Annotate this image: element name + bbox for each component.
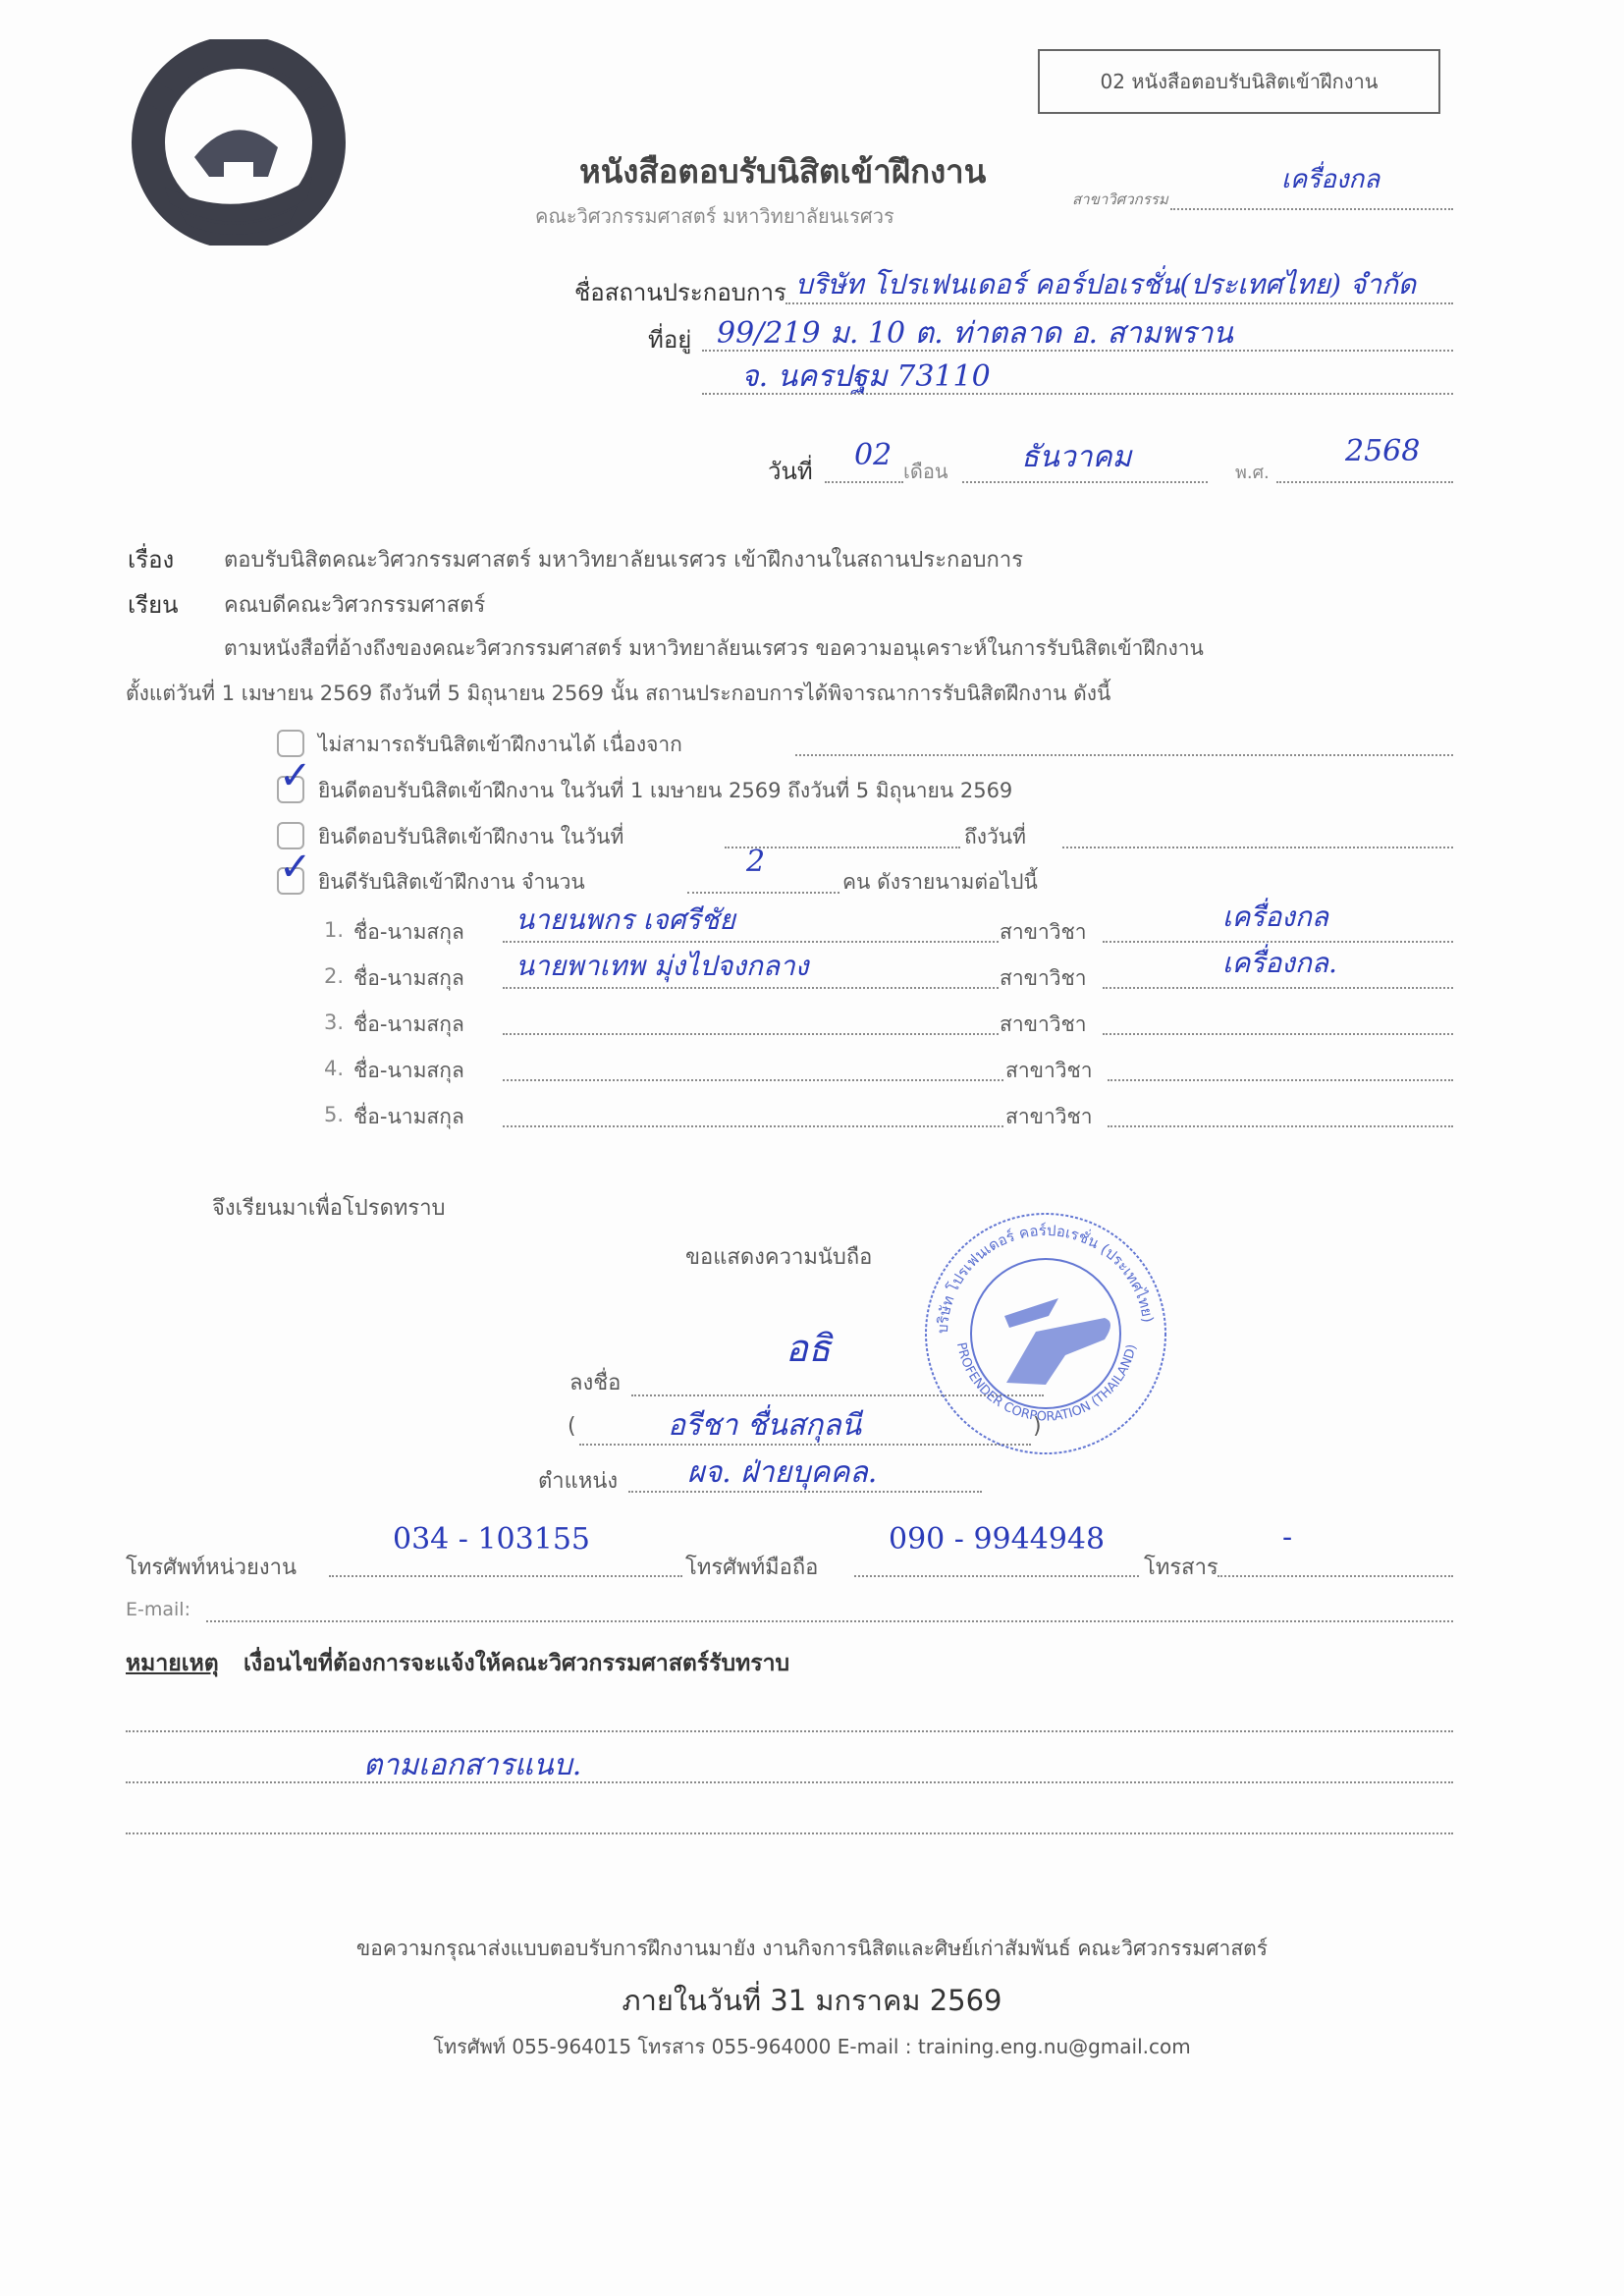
student-major-field[interactable]: เครื่องกล.	[1222, 942, 1337, 985]
address-field-2[interactable]: จ. นครปฐม 73110	[741, 354, 991, 400]
date-year-line	[1276, 481, 1453, 483]
position-field[interactable]: ผจ. ฝ่ายบุคคล.	[687, 1449, 877, 1496]
option-accept-custom-label: ยินดีตอบรับนิสิตเข้าฝึกงาน ในวันที่	[318, 821, 623, 853]
student-major-line	[1103, 987, 1453, 989]
position-label: ตำแหน่ง	[538, 1463, 618, 1498]
company-name-field[interactable]: บริษัท โปรเฟนเดอร์ คอร์ปอเรชั่น(ประเทศไท…	[795, 263, 1416, 306]
count-suffix: คน ดังรายนามต่อไปนี้	[842, 866, 1038, 899]
remarks-line-1	[126, 1730, 1453, 1732]
branch-field-line	[1170, 208, 1453, 210]
student-name-line[interactable]	[503, 1125, 1003, 1127]
date-month-label: เดือน	[903, 456, 948, 487]
to-text: คณบดีคณะวิศวกรรมศาสตร์	[224, 587, 485, 622]
student-num: 3.	[324, 1011, 344, 1034]
office-phone-line	[329, 1575, 682, 1577]
student-num: 4.	[324, 1057, 344, 1080]
option-accept-default-label: ยินดีตอบรับนิสิตเข้าฝึกงาน ในวันที่ 1 เม…	[318, 775, 1012, 807]
footer-deadline: ภายในวันที่ 31 มกราคม 2569	[0, 1978, 1624, 2023]
student-name-field[interactable]: นายนพกร เจศรีชัย	[515, 899, 735, 942]
student-major-line[interactable]	[1108, 1125, 1453, 1127]
fax-line	[1218, 1575, 1453, 1577]
faculty-logo-icon	[126, 39, 352, 246]
date-month-line	[962, 481, 1208, 483]
date-month-field[interactable]: ธันวาคม	[1021, 434, 1131, 480]
student-name-label: ชื่อ-นามสกุล	[353, 1101, 464, 1133]
student-major-field[interactable]: เครื่องกล	[1222, 896, 1328, 939]
closing-regards: ขอแสดงความนับถือ	[685, 1239, 872, 1274]
mobile-field[interactable]: 090 - 9944948	[889, 1522, 1105, 1557]
student-major-label: สาขาวิชา	[1000, 962, 1087, 995]
student-name-label: ชื่อ-นามสกุล	[353, 1009, 464, 1041]
open-paren: (	[568, 1414, 576, 1439]
student-major-line[interactable]	[1103, 1033, 1453, 1035]
document-code-box: 02 หนังสือตอบรับนิสิตเข้าฝึกงาน	[1038, 49, 1440, 114]
body-line-1: ตามหนังสือที่อ้างถึงของคณะวิศวกรรมศาสตร์…	[224, 632, 1204, 665]
student-num: 1.	[324, 918, 344, 942]
company-stamp-icon: บริษัท โปรเฟนเดอร์ คอร์ปอเรชั่น (ประเทศไ…	[918, 1206, 1173, 1461]
remarks-prompt: เงื่อนไขที่ต้องการจะแจ้งให้คณะวิศวกรรมศา…	[244, 1646, 789, 1681]
date-day-line	[825, 481, 903, 483]
address-label: ที่อยู่	[648, 320, 691, 358]
signature: อธิ	[785, 1318, 831, 1378]
email-label: E-mail:	[126, 1599, 190, 1620]
signer-name-field[interactable]: อรีชา ชื่นสกุลนี	[668, 1402, 861, 1449]
page-title: หนังสือตอบรับนิสิตเข้าฝึกงาน	[579, 145, 986, 197]
faculty-subtitle: คณะวิศวกรรมศาสตร์ มหาวิทยาลัยนเรศวร	[535, 200, 894, 232]
date-day-field[interactable]: 02	[854, 438, 892, 472]
document-code: 02 หนังสือตอบรับนิสิตเข้าฝึกงาน	[1101, 66, 1379, 97]
branch-field[interactable]: เครื่องกล	[1281, 159, 1380, 199]
office-phone-field[interactable]: 034 - 103155	[393, 1522, 590, 1557]
mobile-line	[854, 1575, 1139, 1577]
date-day-label: วันที่	[768, 452, 813, 490]
student-major-line[interactable]	[1108, 1079, 1453, 1081]
remarks-label: หมายเหตุ	[126, 1646, 219, 1681]
email-line[interactable]	[206, 1620, 1453, 1622]
checkmark-icon: ✓	[279, 847, 312, 887]
subject-label: เรื่อง	[128, 540, 174, 578]
fax-label: โทรสาร	[1144, 1550, 1218, 1584]
branch-label: สาขาวิศวกรรม	[1072, 188, 1168, 211]
closing-inform: จึงเรียนมาเพื่อโปรดทราบ	[212, 1190, 446, 1225]
count-line	[687, 892, 839, 894]
checkmark-icon: ✓	[279, 756, 312, 795]
student-num: 2.	[324, 964, 344, 988]
office-phone-label: โทรศัพท์หน่วยงาน	[126, 1550, 297, 1584]
subject-text: ตอบรับนิสิตคณะวิศวกรรมศาสตร์ มหาวิทยาลัย…	[224, 542, 1023, 576]
remarks-line-2	[126, 1781, 1453, 1783]
footer-contact: โทรศัพท์ 055-964015 โทรสาร 055-964000 E-…	[0, 2031, 1624, 2062]
count-field[interactable]: 2	[746, 845, 765, 879]
fax-field[interactable]: -	[1282, 1520, 1292, 1555]
option-accept-count-label: ยินดีรับนิสิตเข้าฝึกงาน จำนวน	[318, 866, 585, 899]
student-name-field[interactable]: นายพาเทพ มุ่งไปจงกลาง	[515, 945, 808, 988]
student-name-label: ชื่อ-นามสกุล	[353, 916, 464, 949]
sign-label: ลงชื่อ	[569, 1365, 621, 1399]
date-year-label: พ.ศ.	[1235, 458, 1270, 486]
date-year-field[interactable]: 2568	[1345, 434, 1420, 468]
student-major-label: สาขาวิชา	[1005, 1055, 1093, 1087]
decline-reason-line	[795, 754, 1453, 756]
body-line-2: ตั้งแต่วันที่ 1 เมษายน 2569 ถึงวันที่ 5 …	[126, 678, 1110, 710]
student-major-label: สาขาวิชา	[1000, 1009, 1087, 1041]
student-name-label: ชื่อ-นามสกุล	[353, 1055, 464, 1087]
remarks-line-3	[126, 1832, 1453, 1834]
custom-end-date-line[interactable]	[1062, 847, 1453, 848]
option-decline-label: ไม่สามารถรับนิสิตเข้าฝึกงานได้ เนื่องจาก	[318, 729, 682, 761]
student-num: 5.	[324, 1103, 344, 1126]
custom-to-label: ถึงวันที่	[964, 821, 1026, 853]
mobile-label: โทรศัพท์มือถือ	[685, 1550, 818, 1584]
student-major-label: สาขาวิชา	[1005, 1101, 1093, 1133]
company-name-label: ชื่อสถานประกอบการ	[574, 273, 786, 311]
student-name-line[interactable]	[503, 1079, 1003, 1081]
document-page: 02 หนังสือตอบรับนิสิตเข้าฝึกงาน หนังสือต…	[0, 0, 1624, 2296]
to-label: เรียน	[128, 585, 179, 624]
address-field-1[interactable]: 99/219 ม. 10 ต. ท่าตลาด อ. สามพราน	[717, 310, 1233, 356]
student-name-label: ชื่อ-นามสกุล	[353, 962, 464, 995]
student-name-line[interactable]	[503, 1033, 999, 1035]
footer-instruction: ขอความกรุณาส่งแบบตอบรับการฝึกงานมายัง งา…	[0, 1933, 1624, 1965]
student-major-label: สาขาวิชา	[1000, 916, 1087, 949]
